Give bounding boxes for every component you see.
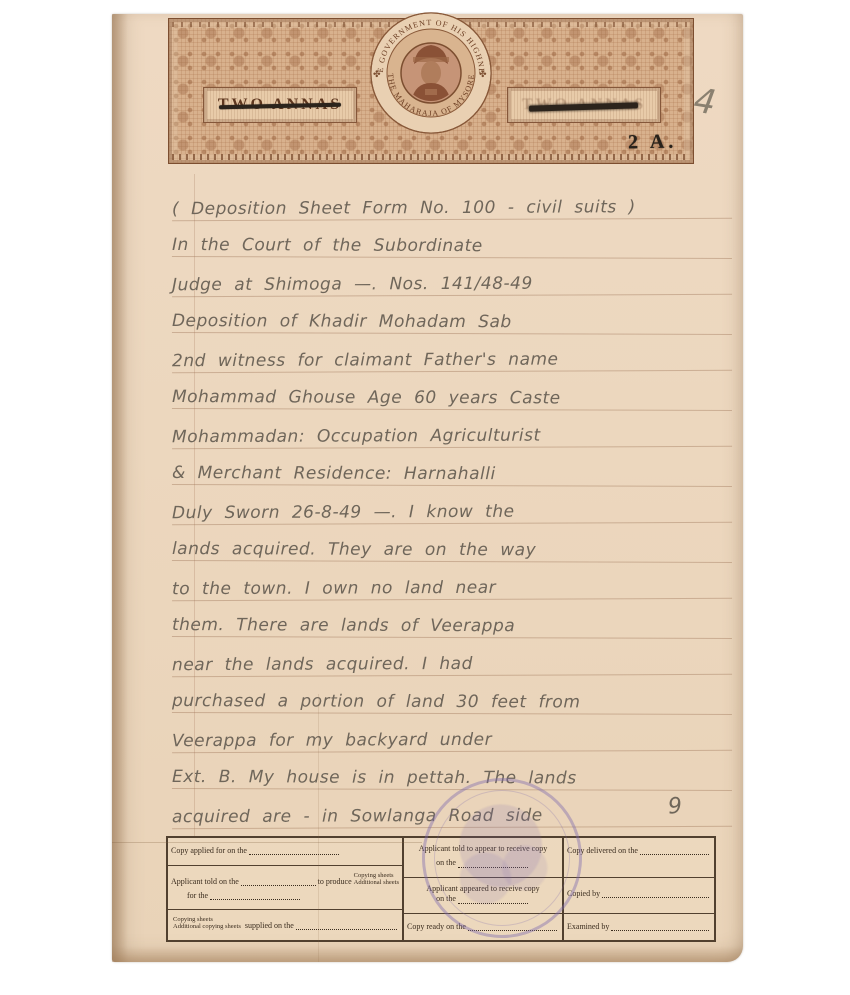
manuscript-line: to the town. I own no land near — [172, 561, 732, 601]
sheets-options: Copying sheets Additional sheets — [354, 872, 399, 887]
blank-fill-line — [640, 854, 709, 855]
table-column-right: Copy delivered on the Copied by Examined… — [564, 838, 714, 940]
cell-label: supplied on the — [245, 921, 294, 931]
blank-fill-line — [249, 854, 339, 855]
manuscript-line: Veerappa for my backyard under — [172, 713, 732, 753]
copying-record-table: Copy applied for on the Applicant told o… — [166, 836, 716, 942]
blank-fill-line — [210, 899, 300, 900]
page-end-mark: 9 — [667, 793, 687, 819]
paper-crease — [318, 694, 319, 962]
manuscript-line: them. There are lands of Veerappa — [172, 599, 732, 639]
scanned-document-page: TWO ANNAS TWO ANNAS — [0, 0, 850, 995]
sheets-supplied-cell: Copying sheets Additional copying sheets… — [168, 910, 402, 938]
medallion-graphic: THE GOVERNMENT OF HIS HIGHNESS THE MAHAR… — [369, 11, 493, 135]
cell-label: Copy delivered on the — [567, 846, 638, 856]
fleur-ornament-icon: ✤ — [479, 69, 487, 79]
cell-label: Copy ready on the — [407, 922, 466, 932]
handwritten-deposition: ( Deposition Sheet Form No. 100 - civil … — [172, 182, 732, 828]
told-to-appear-cell: Applicant told to appear to receive copy… — [404, 838, 562, 878]
cell-label: for the — [187, 891, 208, 901]
manuscript-line: acquired are - in Sowlanga Road side — [172, 789, 732, 829]
cell-label: Applicant told on the — [171, 877, 239, 887]
sheets-options: Copying sheets Additional copying sheets — [173, 916, 241, 931]
fleur-ornament-icon: ✤ — [373, 69, 381, 79]
manuscript-line: purchased a portion of land 30 feet from — [172, 675, 732, 715]
manuscript-line: & Merchant Residence: Harnahalli — [172, 447, 732, 487]
table-column-left: Copy applied for on the Applicant told o… — [168, 838, 404, 940]
revenue-stamp-band: TWO ANNAS TWO ANNAS — [168, 18, 694, 164]
blank-fill-line — [296, 929, 397, 930]
manuscript-line: Mohammadan: Occupation Agriculturist — [172, 409, 732, 449]
blank-fill-line — [458, 867, 528, 868]
applicant-told-cell: Applicant told on the to produce Copying… — [168, 866, 402, 910]
cell-label: Copied by — [567, 889, 600, 899]
paper-edge-shadow — [112, 946, 743, 962]
appeared-to-receive-cell: Applicant appeared to receive copy on th… — [404, 878, 562, 914]
copy-ready-cell: Copy ready on the — [404, 914, 562, 938]
manuscript-line: Mohammad Ghouse Age 60 years Caste — [172, 371, 732, 411]
manuscript-line: 2nd witness for claimant Father's name — [172, 333, 732, 373]
manuscript-line: Deposition of Khadir Mohadam Sab — [172, 295, 732, 335]
manuscript-line: Judge at Shimoga —. Nos. 141/48-49 — [172, 257, 732, 297]
copied-by-cell: Copied by — [564, 878, 714, 914]
blank-fill-line — [602, 897, 709, 898]
manuscript-line: lands acquired. They are on the way — [172, 523, 732, 563]
blank-fill-line — [458, 903, 528, 904]
blank-fill-line — [611, 930, 709, 931]
blank-fill-line — [468, 930, 557, 931]
manuscript-line: Duly Sworn 26-8-49 —. I know the — [172, 485, 732, 525]
paper-crease — [112, 842, 422, 843]
denomination-right-panel: TWO ANNAS — [507, 87, 661, 123]
cell-label: on the — [436, 894, 456, 904]
maharaja-medallion: THE GOVERNMENT OF HIS HIGHNESS THE MAHAR… — [369, 11, 493, 135]
cell-label: Additional copying sheets — [173, 923, 241, 930]
copy-delivered-cell: Copy delivered on the — [564, 838, 714, 878]
cell-label: Copying sheets — [354, 872, 399, 879]
examined-by-cell: Examined by — [564, 914, 714, 938]
manuscript-line: near the lands acquired. I had — [172, 637, 732, 677]
table-column-middle: Applicant told to appear to receive copy… — [404, 838, 564, 940]
cell-label: Additional sheets — [354, 879, 399, 886]
cell-label: Applicant told to appear to receive copy — [419, 844, 547, 854]
paper-sheet: TWO ANNAS TWO ANNAS — [112, 14, 743, 962]
cell-label: on the — [436, 858, 456, 868]
cell-label: Examined by — [567, 922, 609, 932]
denomination-left-panel: TWO ANNAS — [203, 87, 357, 123]
blank-fill-line — [241, 885, 316, 886]
value-overprint: 2 A. — [627, 131, 677, 155]
cell-label: Copying sheets — [173, 916, 241, 923]
manuscript-line: Ext. B. My house is in pettah. The lands — [172, 751, 732, 791]
manuscript-line: In the Court of the Subordinate — [172, 219, 732, 259]
cell-label: Copy applied for on the — [171, 846, 247, 856]
cell-label: to produce — [318, 877, 352, 887]
manuscript-line: ( Deposition Sheet Form No. 100 - civil … — [172, 181, 732, 221]
cell-label: Applicant appeared to receive copy — [426, 884, 539, 894]
